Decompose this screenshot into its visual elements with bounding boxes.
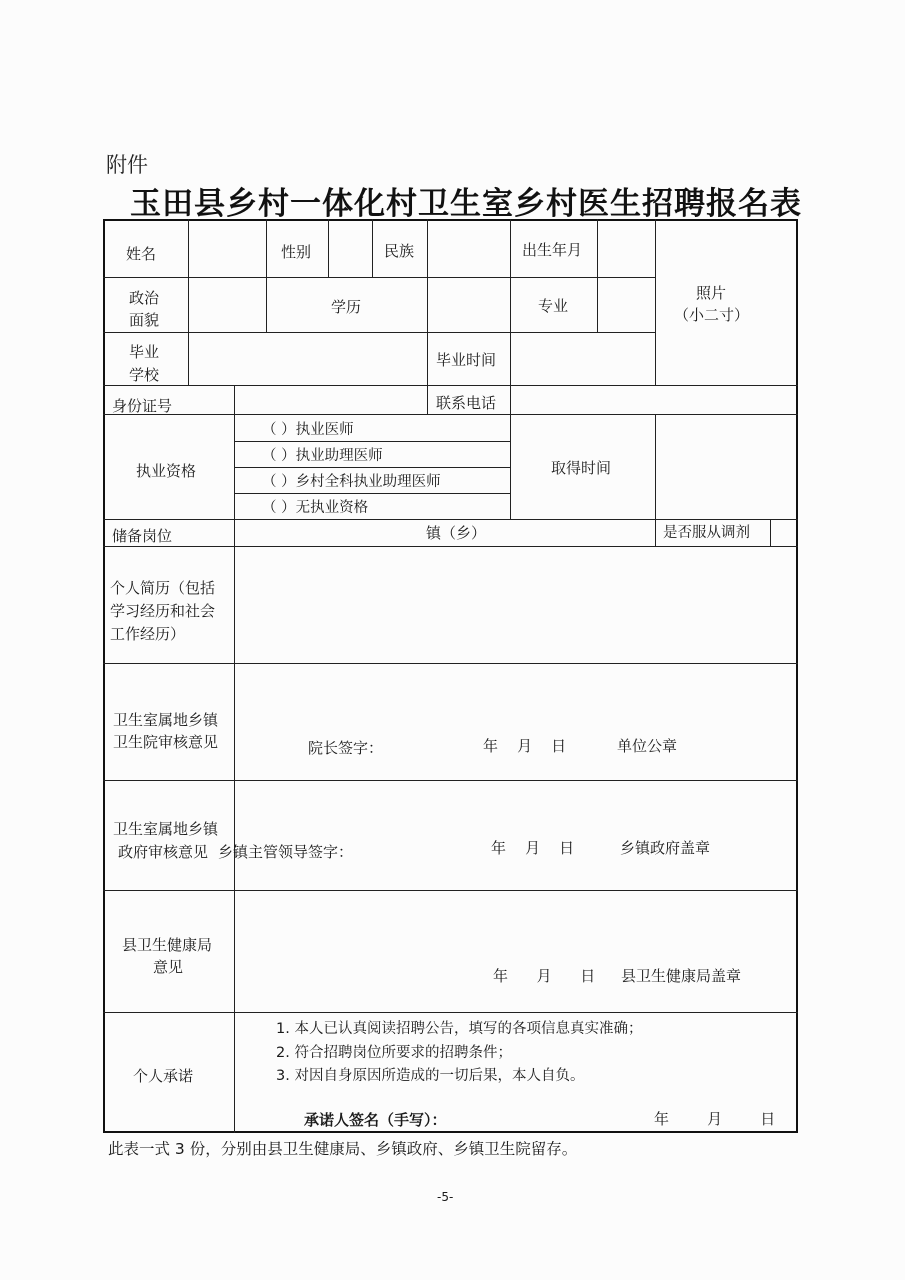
footnote: 此表一式 3 份，分别由县卫生健康局、乡镇政府、乡镇卫生院留存。 [108,1137,577,1159]
town-label: 镇（乡） [426,523,486,543]
reserve-label: 储备岗位 [112,526,172,546]
row-divider [103,332,655,333]
col-divider [510,219,511,520]
unit-seal-label: 单位公章 [617,736,677,756]
school-field[interactable] [190,334,426,384]
commitment-signature-field[interactable] [470,1104,640,1130]
qualification-option-none[interactable]: （ ）无执业资格 [262,498,368,518]
school-label-2: 学校 [129,365,159,385]
row-divider [103,890,798,891]
political-field[interactable] [190,279,265,331]
obtain-time-field[interactable] [657,416,796,518]
row-divider [103,1012,798,1013]
row-divider [103,663,798,664]
obtain-time-label: 取得时间 [551,458,611,478]
col-divider [597,219,598,333]
commitment-date: 年 月 日 [654,1109,775,1129]
gov-seal-label: 乡镇政府盖章 [620,838,710,858]
qualification-option-rural-assistant[interactable]: （ ）乡村全科执业助理医师 [262,472,441,492]
school-label: 毕业 [129,342,159,362]
row-divider [234,467,510,468]
commitment-item: 2. 符合招聘岗位所要求的招聘条件； [276,1043,512,1063]
birth-label: 出生年月 [522,240,582,260]
commitment-sign-label: 承诺人签名（手写）： [304,1110,447,1130]
gov-review-label-2: 政府审核意见 [118,842,208,862]
qualification-label: 执业资格 [136,461,196,481]
page-number: -5- [437,1190,453,1204]
obey-adjust-field[interactable] [772,521,796,545]
gender-field[interactable] [330,221,371,276]
id-number-field[interactable] [236,387,426,413]
gender-label: 性别 [281,242,311,262]
education-label: 学历 [331,297,361,317]
qualification-option-assistant[interactable]: （ ）执业助理医师 [262,446,383,466]
political-label: 政治 [129,288,159,308]
birth-field[interactable] [599,221,654,276]
resume-label-3: 工作经历） [110,624,185,644]
commitment-item: 1. 本人已认真阅读招聘公告，填写的各项信息真实准确； [276,1019,642,1039]
row-divider [234,441,510,442]
bureau-review-label-2: 意见 [153,957,183,977]
col-divider [266,219,267,333]
photo-area[interactable] [657,221,796,384]
col-divider [655,414,656,520]
row-divider [103,414,798,415]
director-sign-label: 院长签字： [308,738,383,758]
phone-label: 联系电话 [436,393,496,413]
col-divider [655,519,656,546]
commitment-label: 个人承诺 [133,1066,193,1086]
education-field[interactable] [429,279,509,331]
col-divider [770,519,771,546]
major-field[interactable] [599,279,654,331]
col-divider [328,219,329,278]
row-divider [103,519,798,520]
ethnicity-field[interactable] [429,221,509,276]
row-divider [103,277,655,278]
major-label: 专业 [538,296,568,316]
col-divider [427,219,428,415]
resume-field[interactable] [236,548,796,661]
col-divider [234,385,235,1133]
col-divider [188,219,189,386]
resume-label: 个人简历（包括 [110,578,215,598]
row-divider [234,493,510,494]
hospital-review-date: 年 月 日 [483,736,566,756]
page-title: 玉田县乡村一体化村卫生室乡村医生招聘报名表 [130,178,802,223]
resume-label-2: 学习经历和社会 [110,601,215,621]
attachment-label: 附件 [106,149,148,179]
grad-time-label: 毕业时间 [436,350,496,370]
bureau-review-date: 年 月 日 [493,966,595,986]
town-leader-sign-label: 乡镇主管领导签字： [218,842,353,862]
ethnicity-label: 民族 [384,241,414,261]
hospital-review-label-2: 卫生院审核意见 [113,732,218,752]
name-label: 姓名 [126,244,156,264]
political-label-2: 面貌 [129,310,159,330]
hospital-review-label: 卫生室属地乡镇 [113,710,218,730]
row-divider [103,385,798,386]
phone-field[interactable] [512,387,796,413]
gov-review-label: 卫生室属地乡镇 [113,819,218,839]
qualification-option-physician[interactable]: （ ）执业医师 [262,420,354,440]
bureau-review-label: 县卫生健康局 [122,935,212,955]
col-divider [372,219,373,278]
row-divider [103,780,798,781]
id-label: 身份证号 [112,396,172,416]
grad-time-field[interactable] [512,334,654,384]
col-divider [655,219,656,386]
name-field[interactable] [190,221,265,276]
gov-review-date: 年 月 日 [491,838,574,858]
row-divider [103,546,798,547]
bureau-seal-label: 县卫生健康局盖章 [621,966,741,986]
town-field[interactable] [236,521,421,545]
commitment-item: 3. 对因自身原因所造成的一切后果，本人自负。 [276,1066,584,1086]
obey-adjust-label: 是否服从调剂 [663,523,750,543]
